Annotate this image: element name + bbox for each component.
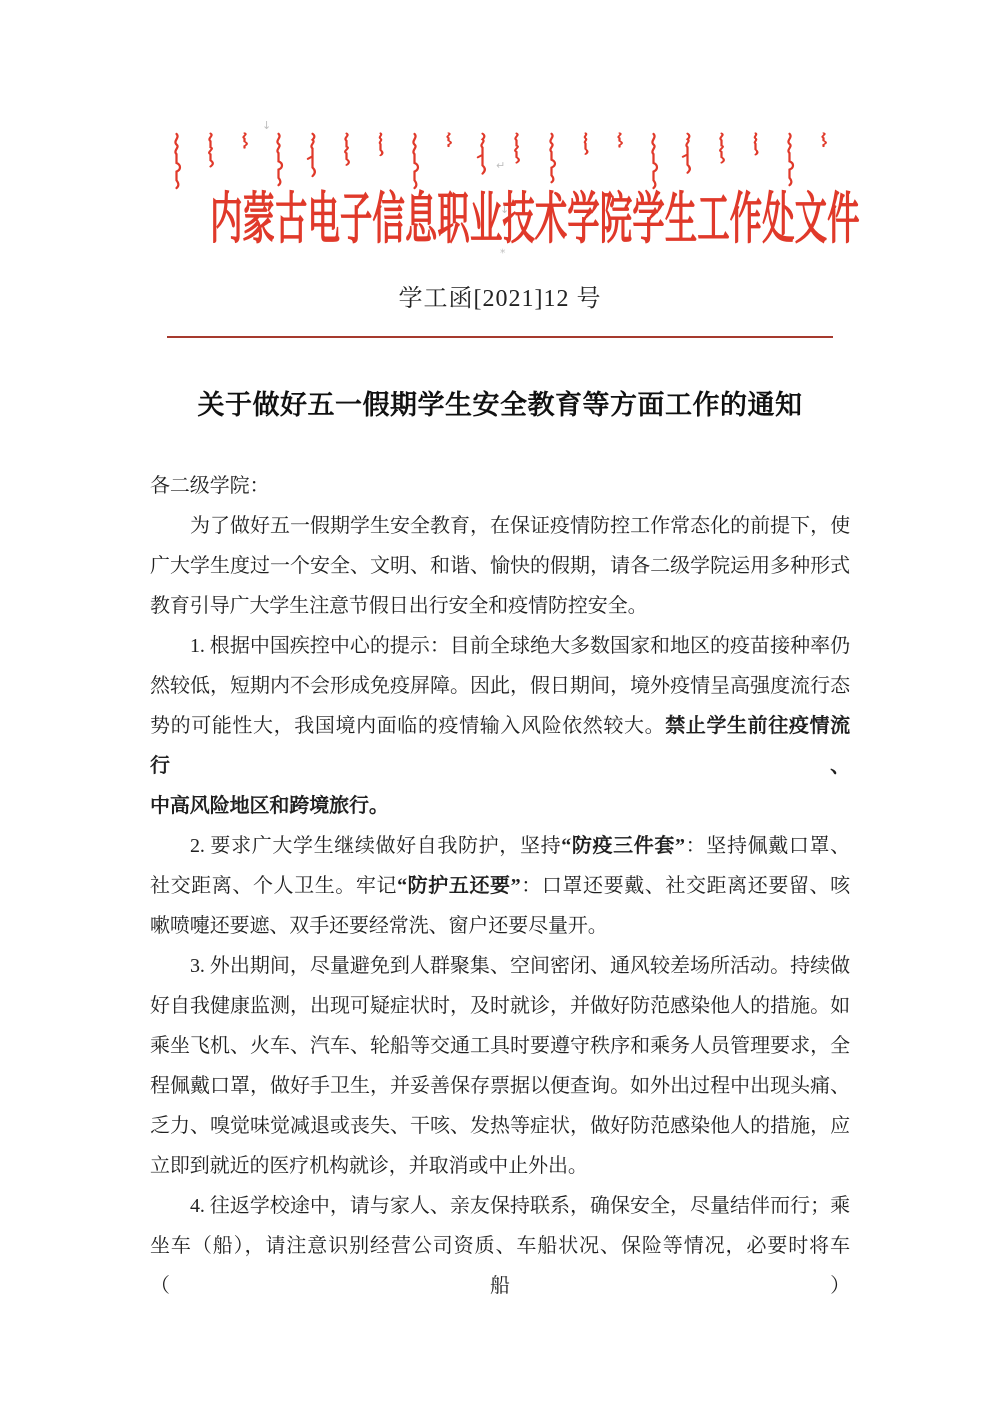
body-line: 乘坐飞机、火车、汽车、轮船等交通工具时要遵守秩序和乘务人员管理要求，全 [150,1026,850,1066]
mongolian-glyph-icon [306,132,319,184]
text-run: 2. 要求广大学生继续做好自我防护，坚持 [190,835,561,857]
document-page: 内蒙古电子信息职业技术学院学生工作处文件 学工函[2021]12 号 关于做好五… [0,0,1000,1413]
mongolian-glyph-icon [579,132,592,166]
text-run: 教育引导广大学生注意节假日出行安全和疫情防控安全。 [150,595,648,617]
mongolian-glyph-icon [783,132,796,187]
scan-artifact: ⁎ [500,244,506,255]
mongolian-glyph-icon [408,132,421,190]
scan-artifact: ↓ [500,204,509,215]
text-run: 然较低，短期内不会形成免疫屏障。因此，假日期间，境外疫情呈高强度流行态 [150,675,850,697]
bold-text-run: “防疫三件套” [561,835,685,857]
paragraph-item-4: 4. 往返学校途中，请与家人、亲友保持联系，确保安全，尽量结伴而行；乘坐车（船）… [150,1186,850,1306]
mongolian-glyph-icon [817,132,830,161]
body-line: 程佩戴口罩，做好手卫生，并妥善保存票据以便查询。如外出过程中出现头痛、 [150,1066,850,1106]
mongolian-glyph-icon [613,132,626,162]
mongolian-glyph-icon [510,132,523,173]
body-line: 广大学生度过一个安全、文明、和谐、愉快的假期，请各二级学院运用多种形式 [150,546,850,586]
red-divider-line [167,336,833,338]
mongolian-glyph-icon [272,132,285,187]
text-run: 广大学生度过一个安全、文明、和谐、愉快的假期，请各二级学院运用多种形式 [150,555,850,577]
scan-artifact: ↓ [262,120,271,131]
body-line: 中高风险地区和跨境旅行。 [150,786,850,826]
mongolian-glyph-icon [749,132,762,167]
doc-number: 学工函[2021]12 号 [0,284,1000,314]
text-run: ：坚持佩戴口罩、 [685,835,850,857]
text-run: 为了做好五一假期学生安全教育，在保证疫情防控工作常态化的前提下，使 [190,515,850,537]
text-run: 4. 往返学校途中，请与家人、亲友保持联系，确保安全，尽量结伴而行；乘 [190,1195,850,1217]
body-line: 为了做好五一假期学生安全教育，在保证疫情防控工作常态化的前提下，使 [150,506,850,546]
mongolian-glyph-icon [681,132,694,180]
paragraph-item-1: 1. 根据中国疾控中心的提示：目前全球绝大多数国家和地区的疫苗接种率仍然较低，短… [150,626,850,826]
mongolian-glyph-icon [715,132,728,173]
body-line: 社交距离、个人卫生。牢记“防护五还要”：口罩还要戴、社交距离还要留、咳 [150,866,850,906]
text-run: 乏力、嗅觉味觉减退或丧失、干咳、发热等症状，做好防范感染他人的措施，应 [150,1115,850,1137]
body-line: 各二级学院： [150,466,850,506]
text-run: 立即到就近的医疗机构就诊，并取消或中止外出。 [150,1155,588,1177]
mongolian-glyph-icon [442,132,455,161]
letterhead-org-title: 内蒙古电子信息职业技术学院学生工作处文件 [210,190,790,250]
body-line: 教育引导广大学生注意节假日出行安全和疫情防控安全。 [150,586,850,626]
mongolian-glyph-icon [476,132,489,181]
body-line: 嗽喷嚏还要遮、双手还要经常洗、窗户还要尽量开。 [150,906,850,946]
text-run: 坐车（船），请注意识别经营公司资质、车船状况、保险等情况，必要时将车（船） [150,1235,850,1297]
body-line: 然较低，短期内不会形成免疫屏障。因此，假日期间，境外疫情呈高强度流行态 [150,666,850,706]
mongolian-glyph-icon [170,132,183,190]
mongolian-glyph-icon [340,132,353,176]
body-line: 4. 往返学校途中，请与家人、亲友保持联系，确保安全，尽量结伴而行；乘 [150,1186,850,1226]
text-run: ：口罩还要戴、社交距离还要留、咳 [521,875,850,897]
text-run: 程佩戴口罩，做好手卫生，并妥善保存票据以便查询。如外出过程中出现头痛、 [150,1075,850,1097]
text-run: 1. 根据中国疾控中心的提示：目前全球绝大多数国家和地区的疫苗接种率仍 [190,635,850,657]
scan-artifact: ↵ [496,160,505,171]
mongolian-glyph-icon [204,132,217,178]
bold-text-run: 中高风险地区和跨境旅行。 [150,795,389,817]
paragraph-intro: 为了做好五一假期学生安全教育，在保证疫情防控工作常态化的前提下，使广大学生度过一… [150,506,850,626]
text-run: 乘坐飞机、火车、汽车、轮船等交通工具时要遵守秩序和乘务人员管理要求，全 [150,1035,850,1057]
body-line: 乏力、嗅觉味觉减退或丧失、干咳、发热等症状，做好防范感染他人的措施，应 [150,1106,850,1146]
document-title: 关于做好五一假期学生安全教育等方面工作的通知 [0,388,1000,422]
body-line: 坐车（船），请注意识别经营公司资质、车船状况、保险等情况，必要时将车（船） [150,1226,850,1306]
body-line: 好自我健康监测，出现可疑症状时，及时就诊，并做好防范感染他人的措施。如 [150,986,850,1026]
mongolian-glyph-icon [545,132,558,184]
body-line: 立即到就近的医疗机构就诊，并取消或中止外出。 [150,1146,850,1186]
mongolian-glyph-icon [647,132,660,190]
body-line: 势的可能性大，我国境内面临的疫情输入风险依然较大。禁止学生前往疫情流行、 [150,706,850,786]
text-run: 3. 外出期间，尽量避免到人群聚集、空间密闭、通风较差场所活动。持续做 [190,955,850,977]
text-run: 势的可能性大，我国境内面临的疫情输入风险依然较大。 [150,715,665,737]
paragraph-greeting: 各二级学院： [150,466,850,506]
text-run: 社交距离、个人卫生。牢记 [150,875,397,897]
bold-text-run: “防护五还要” [397,875,520,897]
body-line: 2. 要求广大学生继续做好自我防护，坚持“防疫三件套”：坚持佩戴口罩、 [150,826,850,866]
text-run: 各二级学院： [150,475,269,497]
text-run: 好自我健康监测，出现可疑症状时，及时就诊，并做好防范感染他人的措施。如 [150,995,850,1017]
mongolian-glyph-icon [238,132,251,164]
mongolian-glyph-icon [374,132,387,168]
body-line: 1. 根据中国疾控中心的提示：目前全球绝大多数国家和地区的疫苗接种率仍 [150,626,850,666]
text-run: 嗽喷嚏还要遮、双手还要经常洗、窗户还要尽量开。 [150,915,608,937]
paragraph-item-2: 2. 要求广大学生继续做好自我防护，坚持“防疫三件套”：坚持佩戴口罩、社交距离、… [150,826,850,946]
body-line: 3. 外出期间，尽量避免到人群聚集、空间密闭、通风较差场所活动。持续做 [150,946,850,986]
document-body: 各二级学院：为了做好五一假期学生安全教育，在保证疫情防控工作常态化的前提下，使广… [150,466,850,1306]
paragraph-item-3: 3. 外出期间，尽量避免到人群聚集、空间密闭、通风较差场所活动。持续做好自我健康… [150,946,850,1186]
